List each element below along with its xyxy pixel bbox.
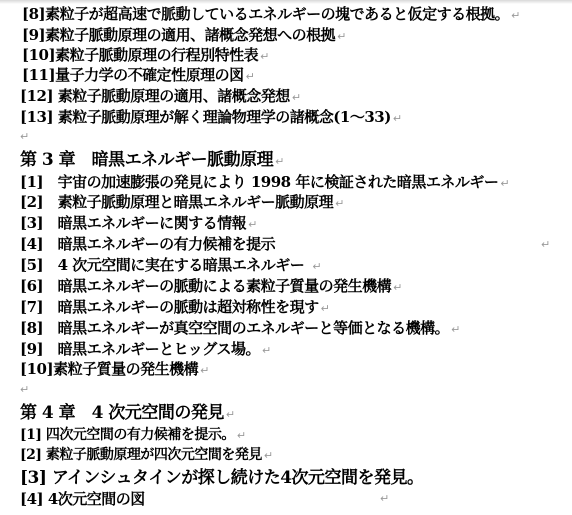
chapter-3-heading[interactable]: 第 3 章 暗黒エネルギー脈動原理↵ [20, 149, 284, 173]
item-number: [13] [20, 108, 53, 126]
item-text: 暗黒エネルギーの脈動による素粒子質量の発生機構 [43, 277, 391, 295]
paragraph-mark-icon: ↵ [275, 155, 284, 168]
toc-item[interactable]: [11]量子力学の不確定性原理の図↵ [22, 65, 254, 87]
item-text: 素粒子脈動原理と暗黒エネルギー脈動原理 [43, 193, 333, 211]
item-text: 4 次元空間に実在する暗黒エネルギー [43, 256, 304, 274]
paragraph-mark-icon: ↵ [541, 238, 550, 251]
item-text: 素粒子脈動原理の適用、諸概念発想 [53, 87, 290, 105]
item-text: 宇宙の加速膨張の発見により 1998 年に検証された暗黒エネルギー [43, 173, 498, 191]
paragraph-mark-icon: ↵ [312, 260, 321, 273]
item-text: 素粒子が超高速で脈動しているエネルギーの塊であると仮定する根拠。 [45, 5, 509, 23]
item-text: 素粒子脈動原理が解く理論物理学の諸概念(1～33) [53, 108, 391, 126]
item-text: 量子力学の不確定性原理の図 [55, 66, 244, 84]
item-text: 暗黒エネルギーの有力候補を提示 [43, 235, 275, 253]
paragraph-mark-icon: ↵ [393, 112, 402, 125]
item-number: [2] [20, 193, 43, 211]
item-number: [4] [20, 235, 43, 253]
item-text: 暗黒エネルギーが真空空間のエネルギーと等価となる機構。 [43, 319, 449, 337]
item-number: [3] [20, 214, 43, 232]
item-text: アインシュタインが探し続けた4次元空間を発見。 [46, 468, 423, 488]
toc-item[interactable]: [8] 暗黒エネルギーが真空空間のエネルギーと等価となる機構。↵ [20, 318, 460, 340]
item-number: [12] [20, 87, 53, 105]
paragraph-mark-icon: ↵ [226, 408, 235, 421]
item-text: 素粒子脈動原理の適用、諸概念発想への根拠 [45, 26, 335, 44]
item-number: [1] [20, 427, 42, 443]
paragraph-mark-icon: ↵ [264, 449, 273, 462]
chapter-title: 第 4 章 4 次元空間の発見 [20, 403, 224, 423]
item-number: [11] [22, 66, 55, 84]
item-text: 暗黒エネルギーの脈動は超対称性を現す [43, 298, 319, 316]
empty-paragraph-mark-icon: ↵ [20, 130, 29, 143]
toc-item[interactable]: [12] 素粒子脈動原理の適用、諸概念発想↵ [20, 86, 301, 108]
item-number: [3] [20, 468, 46, 488]
item-number: [6] [20, 277, 43, 295]
item-text: 四次元空間の有力候補を提示。 [42, 427, 235, 443]
toc-item[interactable]: [3] 暗黒エネルギーに関する情報↵ [20, 213, 257, 235]
toc-item[interactable]: [1] 四次元空間の有力候補を提示。↵ [20, 425, 246, 446]
paragraph-mark-icon: ↵ [237, 429, 246, 442]
paragraph-mark-icon: ↵ [248, 218, 257, 231]
item-number: [8] [22, 5, 45, 23]
paragraph-mark-icon: ↵ [321, 302, 330, 315]
chapter-title: 第 3 章 暗黒エネルギー脈動原理 [20, 150, 273, 170]
item-number: [2] [20, 447, 42, 463]
toc-item[interactable]: [9] 暗黒エネルギーとヒッグス場。↵ [20, 339, 271, 361]
item-text: 素粒子脈動原理の行程別特性表 [55, 46, 258, 64]
toc-item[interactable]: [4] 暗黒エネルギーの有力候補を提示 [20, 234, 275, 254]
toc-item[interactable]: [6] 暗黒エネルギーの脈動による素粒子質量の発生機構↵ [20, 276, 402, 298]
item-text: 暗黒エネルギーとヒッグス場。 [43, 340, 260, 358]
item-number: [9] [22, 26, 45, 44]
toc-item[interactable]: [7] 暗黒エネルギーの脈動は超対称性を現す↵ [20, 297, 329, 319]
item-number: [1] [20, 173, 43, 191]
item-text: 素粒子質量の発生機構 [53, 360, 198, 378]
paragraph-mark-icon: ↵ [451, 323, 460, 336]
toc-item[interactable]: [10]素粒子質量の発生機構↵ [20, 359, 209, 381]
paragraph-mark-icon: ↵ [500, 177, 509, 190]
toc-item[interactable]: [2] 素粒子脈動原理と暗黒エネルギー脈動原理↵ [20, 192, 344, 214]
paragraph-mark-icon: ↵ [337, 30, 346, 43]
toc-item[interactable]: [10]素粒子脈動原理の行程別特性表↵ [22, 45, 269, 67]
item-number: [9] [20, 340, 43, 358]
item-number: [4] [20, 490, 43, 508]
item-text: 4次元空間の図 [43, 490, 145, 508]
item-number: [10] [22, 46, 55, 64]
paragraph-mark-icon: ↵ [200, 364, 209, 377]
paragraph-mark-icon: ↵ [393, 281, 402, 294]
paragraph-mark-icon: ↵ [511, 9, 520, 22]
item-number: [7] [20, 298, 43, 316]
toc-item[interactable]: [3] アインシュタインが探し続けた4次元空間を発見。 [20, 467, 424, 489]
item-number: [8] [20, 319, 43, 337]
paragraph-mark-icon: ↵ [262, 344, 271, 357]
toc-item[interactable]: [2] 素粒子脈動原理が四次元空間を発見↵ [20, 445, 273, 466]
paragraph-mark-icon: ↵ [380, 492, 389, 505]
item-number: [10] [20, 360, 53, 378]
toc-item[interactable]: [5] 4 次元空間に実在する暗黒エネルギー↵ [20, 255, 321, 277]
toc-item[interactable]: [1] 宇宙の加速膨張の発見により 1998 年に検証された暗黒エネルギー↵ [20, 172, 509, 194]
chapter-4-heading[interactable]: 第 4 章 4 次元空間の発見↵ [20, 402, 235, 426]
paragraph-mark-icon: ↵ [260, 50, 269, 63]
paragraph-mark-icon: ↵ [292, 91, 301, 104]
item-number: [5] [20, 256, 43, 274]
toc-item[interactable]: [4] 4次元空間の図 [20, 489, 145, 509]
paragraph-mark-icon: ↵ [335, 197, 344, 210]
paragraph-mark-icon: ↵ [246, 70, 255, 83]
toc-item[interactable]: [13] 素粒子脈動原理が解く理論物理学の諸概念(1～33)↵ [20, 107, 402, 129]
item-text: 素粒子脈動原理が四次元空間を発見 [42, 447, 262, 463]
empty-paragraph-mark-icon: ↵ [20, 383, 29, 396]
item-text: 暗黒エネルギーに関する情報 [43, 214, 246, 232]
toc-item[interactable]: [8]素粒子が超高速で脈動しているエネルギーの塊であると仮定する根拠。↵ [22, 4, 520, 26]
toc-item[interactable]: [9]素粒子脈動原理の適用、諸概念発想への根拠↵ [22, 25, 346, 47]
